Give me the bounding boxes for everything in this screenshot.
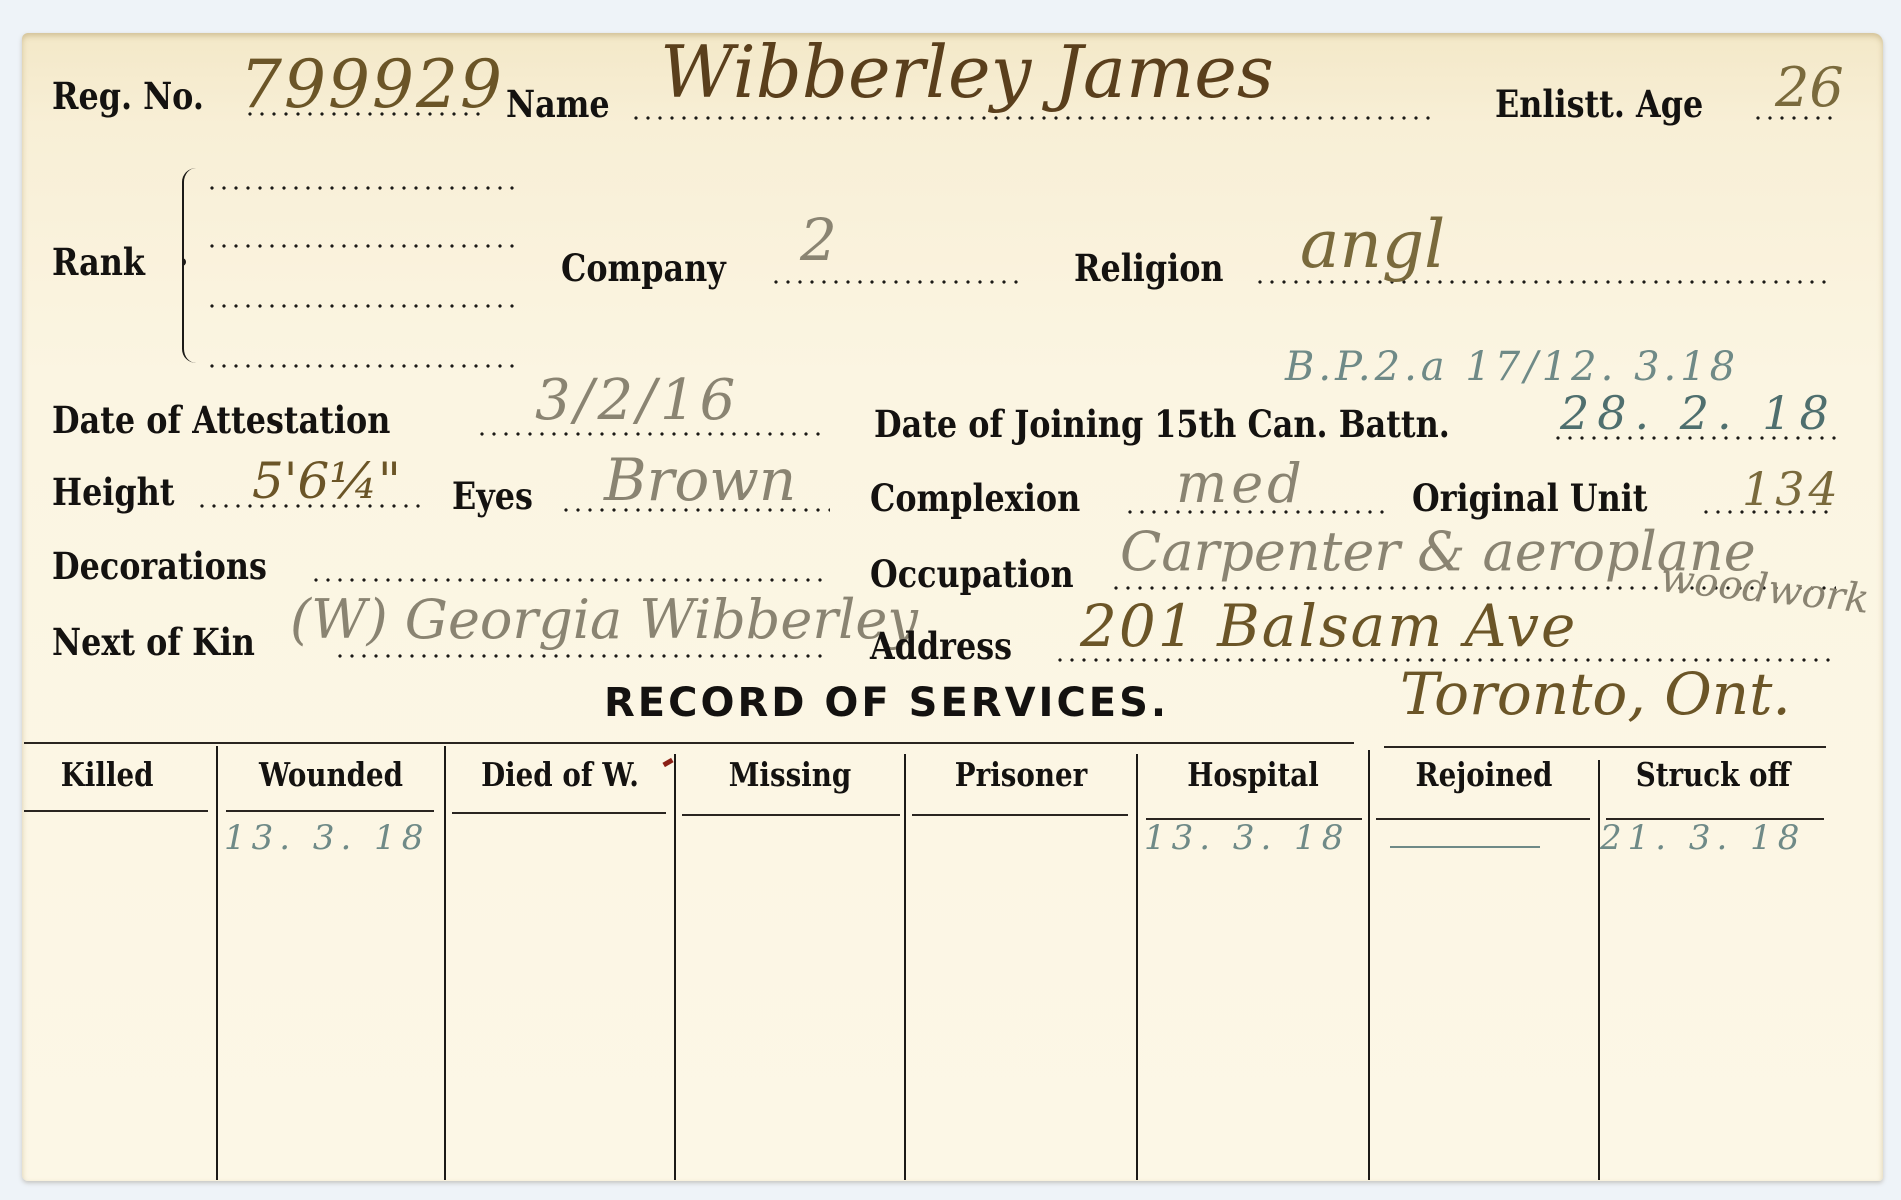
header-rule-rejoined bbox=[1376, 818, 1590, 820]
rank-line-2 bbox=[206, 244, 514, 248]
reg-no-label: Reg. No. bbox=[52, 74, 204, 118]
record-of-services-title: RECORD OF SERVICES. bbox=[604, 680, 1169, 726]
complexion-label: Complexion bbox=[870, 476, 1080, 520]
address-value: 201 Balsam Ave bbox=[1080, 592, 1577, 660]
col-divider-5 bbox=[1136, 754, 1138, 1180]
cell-hospital: 13. 3. 18 bbox=[1144, 818, 1349, 858]
religion-value: angl bbox=[1300, 206, 1445, 283]
col-header-prisoner: Prisoner bbox=[924, 755, 1117, 794]
name-value: Wibberley James bbox=[660, 30, 1274, 114]
rank-line-4 bbox=[206, 364, 514, 368]
next-of-kin-value: (W) Georgia Wibberley bbox=[290, 588, 918, 651]
enlistment-age-label: Enlistt. Age bbox=[1495, 82, 1703, 126]
table-top-rule bbox=[24, 742, 1354, 744]
cell-rejoined-dash bbox=[1390, 846, 1540, 848]
complexion-value: med bbox=[1176, 452, 1306, 515]
next-of-kin-dotted-line bbox=[334, 654, 830, 658]
rank-brace bbox=[182, 168, 198, 363]
col-divider-2 bbox=[444, 746, 446, 1180]
rank-line-3 bbox=[206, 304, 514, 308]
col-divider-1 bbox=[216, 746, 218, 1180]
col-header-rejoined: Rejoined bbox=[1388, 755, 1580, 794]
col-divider-3 bbox=[674, 754, 676, 1180]
header-rule-prisoner bbox=[912, 814, 1128, 816]
name-dotted-line bbox=[630, 116, 1438, 120]
decorations-dotted-line bbox=[310, 578, 830, 582]
company-value: 2 bbox=[800, 206, 837, 274]
header-rule-killed bbox=[24, 810, 208, 812]
header-rule-missing bbox=[682, 814, 900, 816]
height-label: Height bbox=[52, 470, 174, 514]
joining-value: 28. 2. 18 bbox=[1560, 386, 1837, 440]
col-header-struck-off: Struck off bbox=[1618, 755, 1808, 794]
height-value: 5'6¼" bbox=[252, 452, 401, 510]
address-value-line2: Toronto, Ont. bbox=[1400, 660, 1791, 728]
col-divider-4 bbox=[904, 754, 906, 1180]
company-label: Company bbox=[561, 246, 726, 290]
table-top-rule-right bbox=[1384, 746, 1826, 748]
enlistment-age-value: 26 bbox=[1775, 56, 1844, 119]
decorations-label: Decorations bbox=[52, 544, 267, 588]
rank-label: Rank bbox=[52, 240, 145, 284]
original-unit-label: Original Unit bbox=[1412, 476, 1648, 520]
col-header-killed: Killed bbox=[44, 755, 212, 794]
header-rule-wounded bbox=[226, 810, 434, 812]
joining-label: Date of Joining 15th Can. Battn. bbox=[874, 402, 1450, 446]
cell-wounded: 13. 3. 18 bbox=[224, 818, 429, 858]
next-of-kin-label: Next of Kin bbox=[52, 620, 255, 664]
col-header-wounded: Wounded bbox=[236, 755, 426, 794]
col-header-missing: Missing bbox=[694, 755, 886, 794]
address-label: Address bbox=[870, 624, 1012, 668]
rank-line-1 bbox=[206, 186, 514, 190]
religion-label: Religion bbox=[1074, 246, 1224, 290]
joining-annotation: B.P.2.a 17/12. 3.18 bbox=[1285, 344, 1739, 390]
col-header-died-of-wounds: Died of W. bbox=[464, 755, 656, 794]
header-rule-died bbox=[452, 812, 666, 814]
col-divider-6 bbox=[1368, 750, 1370, 1180]
attestation-value: 3/2/16 bbox=[535, 368, 739, 433]
name-label: Name bbox=[506, 82, 610, 126]
company-dotted-line bbox=[770, 280, 1026, 284]
cell-struck-off: 21. 3. 18 bbox=[1600, 818, 1805, 858]
eyes-value: Brown bbox=[604, 446, 796, 514]
eyes-label: Eyes bbox=[452, 474, 533, 518]
reg-no-value: 799929 bbox=[240, 46, 504, 123]
col-header-hospital: Hospital bbox=[1156, 755, 1349, 794]
original-unit-value: 134 bbox=[1742, 462, 1842, 516]
rank-brace-tip bbox=[174, 258, 186, 266]
attestation-label: Date of Attestation bbox=[52, 398, 390, 442]
